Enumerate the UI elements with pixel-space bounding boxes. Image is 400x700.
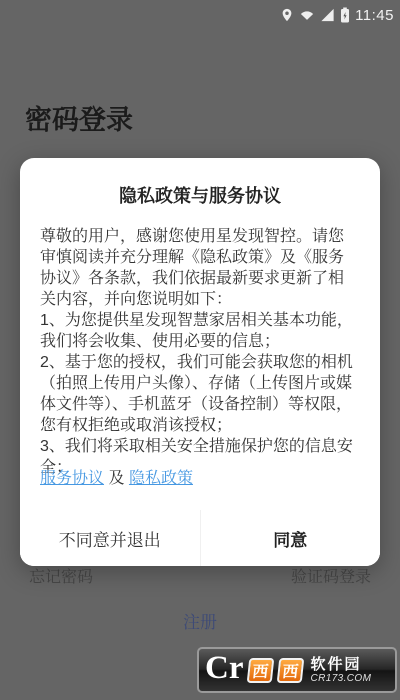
watermark-xi-tile-1: 西 — [247, 658, 275, 683]
status-clock: 11:45 — [355, 7, 394, 24]
location-icon — [280, 8, 294, 22]
status-bar: 11:45 — [0, 0, 400, 26]
login-aux-row: 忘记密码 验证码登录 — [0, 564, 400, 587]
privacy-dialog: 隐私政策与服务协议 尊敬的用户，感谢您使用星发现智控。请您审慎阅读并充分理解《隐… — [20, 158, 380, 566]
battery-charging-icon — [340, 7, 350, 23]
app-screen: 11:45 密码登录 忘记密码 验证码登录 注册 隐私政策与服务协议 尊敬的用户… — [0, 0, 400, 700]
service-agreement-link[interactable]: 服务协议 — [40, 470, 104, 487]
watermark-site-name: 软件园 — [310, 656, 371, 673]
dialog-body-text: 尊敬的用户，感谢您使用星发现智控。请您审慎阅读并充分理解《隐私政策》及《服务协议… — [40, 226, 358, 478]
page-title: 密码登录 — [25, 98, 133, 137]
register-link[interactable]: 注册 — [0, 608, 400, 633]
watermark-domain: CR173.COM — [310, 673, 371, 685]
agree-button[interactable]: 同意 — [200, 510, 381, 566]
watermark-cr-monogram: Cr — [205, 652, 243, 685]
wifi-icon — [299, 8, 315, 22]
links-connector: 及 — [108, 470, 124, 487]
forgot-password-link[interactable]: 忘记密码 — [29, 564, 93, 587]
watermark-text-column: 软件园 CR173.COM — [310, 656, 371, 685]
dialog-title: 隐私政策与服务协议 — [20, 182, 380, 208]
watermark-logo: Cr 西 西 软件园 CR173.COM — [197, 647, 397, 693]
signal-icon — [320, 8, 335, 22]
privacy-policy-link[interactable]: 隐私政策 — [129, 470, 193, 487]
dialog-button-bar: 不同意并退出 同意 — [20, 510, 380, 566]
sms-login-link[interactable]: 验证码登录 — [291, 564, 371, 587]
disagree-exit-button[interactable]: 不同意并退出 — [20, 510, 200, 566]
watermark-xi-tile-2: 西 — [277, 658, 305, 683]
dialog-links-row: 服务协议 及 隐私政策 — [40, 469, 193, 488]
